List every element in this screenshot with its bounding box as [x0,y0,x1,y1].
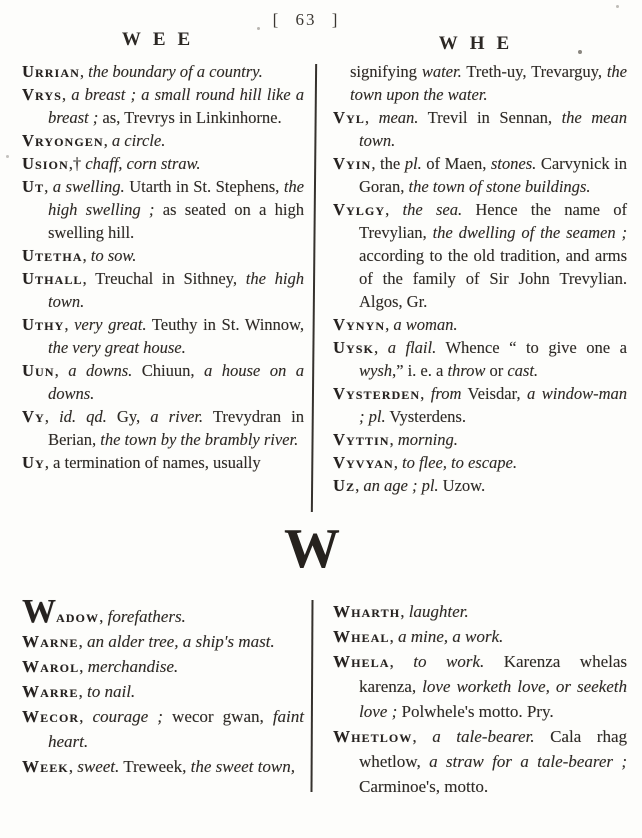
headword: Uz [333,476,355,495]
scan-artifact [6,155,9,158]
entry-text: to flee, to escape. [402,453,517,472]
entry-text: a flail. [388,338,437,357]
headword: Uthy [22,315,64,334]
dictionary-entry: Vynyn, a woman. [333,313,627,336]
entry-text: , [400,602,409,621]
entry-text: very great. [74,315,146,334]
entry-text: , [79,657,88,676]
dictionary-entry: Utetha, to sow. [22,244,304,267]
entry-text: , [69,757,78,776]
headword: Whetlow [333,727,412,746]
entry-text: ,† [69,154,86,173]
headword: Utetha [22,246,83,265]
entry-text: Whence “ to give one a [436,338,627,357]
entry-text: a mine, a work. [398,627,503,646]
entry-text: of Maen, [422,154,491,173]
entry-text: according to the old tradition, and arms… [359,246,627,311]
entry-text: pl. [405,154,422,173]
dictionary-entry: Vyvyan, to flee, to escape. [333,451,627,474]
dictionary-entry: Uthall, Treuchal in Sithney, the high to… [22,267,304,313]
dictionary-entry: Week, sweet. Treweek, the sweet town, [22,754,304,779]
entry-text: to nail. [87,682,135,701]
right-column-header: WHE [332,33,628,55]
entry-text: , [79,682,88,701]
entry-text: wecor gwan, [163,707,273,726]
headword: Uthall [22,269,83,288]
entry-text: a swelling. [53,177,125,196]
entry-text: a circle. [112,131,165,150]
entry-text: throw [447,361,485,380]
entry-text: the very great house. [48,338,186,357]
dictionary-entry: Vylgy, the sea. Hence the name of Trevyl… [333,198,627,313]
entry-text: Teuthy in St. Winnow, [147,315,305,334]
entry-text: , [45,407,59,426]
entry-text: , [394,453,402,472]
entry-text: , [80,62,88,81]
entry-text: stones. [491,154,536,173]
headword: Warne [22,632,79,651]
dictionary-entry: Whela, to work. Karenza whelas karenza, … [333,649,627,724]
entry-text: chaff, corn straw. [85,154,200,173]
entry-text: Gy, [107,407,151,426]
entry-text: Trevil in Sennan, [418,108,561,127]
dictionary-entry: Vy, id. qd. Gy, a river. Trevydran in Be… [22,405,304,451]
dictionary-entry: Ut, a swelling. Utarth in St. Stephens, … [22,175,304,244]
entry-text: , [99,607,108,626]
headword: Vynyn [333,315,385,334]
headword: Vrys [22,85,62,104]
headword: Vyin [333,154,371,173]
headword: Whela [333,652,390,671]
entry-text: , [62,85,71,104]
bottom-left-column: Wadow, forefathers.Warne, an alder tree,… [22,597,304,779]
entry-text: , [420,384,431,403]
dictionary-entry: Whetlow, a tale-bearer. Cala rhag whetlo… [333,724,627,799]
dictionary-entry: Warol, merchandise. [22,654,304,679]
headword: Uun [22,361,55,380]
entry-text: water. [422,62,462,81]
entry-text: the boundary of a country. [88,62,263,81]
headword: Urrian [22,62,80,81]
drop-cap-letter: W [22,593,56,630]
entry-text: to work. [413,652,484,671]
entry-text: wysh [359,361,392,380]
entry-text: merchandise. [88,657,179,676]
entry-text: from [431,384,462,403]
dictionary-entry: Vyin, the pl. of Maen, stones. Carvynick… [333,152,627,198]
entry-text: the town of stone buildings. [408,177,590,196]
entry-text: , Treuchal in Sithney, [83,269,246,288]
dictionary-entry: Urrian, the boundary of a country. [22,60,304,83]
dictionary-entry: Uysk, a flail. Whence “ to give one a wy… [333,336,627,382]
dictionary-entry: Wharth, laughter. [333,599,627,624]
entry-text: Vysterdens. [386,407,466,426]
entry-text: as, Trevrys in Linkinhorne. [98,108,281,127]
dictionary-entry: Uy, a termination of names, usually [22,451,304,474]
left-column-header: WEE [20,29,304,51]
entry-text: a straw for a tale-bearer ; [429,752,627,771]
headword: Wharth [333,602,400,621]
entry-text: , [390,627,399,646]
dictionary-entry: Vyttin, morning. [333,428,627,451]
entry-text: , a termination of names, usually [45,453,261,472]
dictionary-entry: Warre, to nail. [22,679,304,704]
entry-text: to sow. [91,246,137,265]
entry-continuation: signifying water. Treth-uy, Trevarguy, t… [333,60,627,106]
headword: Usion [22,154,69,173]
scan-artifact [578,50,582,54]
entry-text: the dwelling of the seamen ; [433,223,627,242]
entry-text: , [104,131,112,150]
dictionary-entry: Vryongen, a circle. [22,129,304,152]
headword: Vyl [333,108,365,127]
entry-text: a river. [150,407,203,426]
entry-text: signifying [350,62,422,81]
entry-text: cast. [507,361,538,380]
entry-text: , [390,652,414,671]
entry-text: ,” i. e. a [392,361,447,380]
entry-text: forefathers. [108,607,186,626]
entry-text: , [79,707,92,726]
dictionary-entry: Warne, an alder tree, a ship's mast. [22,629,304,654]
entry-text: or [485,361,507,380]
scanned-dictionary-page: [ 63 ] WEE WHE Urrian, the boundary of a… [0,0,642,838]
headword: Wadow [22,607,99,626]
dictionary-entry: Wadow, forefathers. [22,597,304,629]
entry-text: the town by the brambly river. [100,430,298,449]
top-right-column: signifying water. Treth-uy, Trevarguy, t… [333,60,627,497]
column-divider-top [311,64,317,512]
entry-text: , [83,246,91,265]
entry-text: pl. [422,476,439,495]
entry-text: the sweet town, [191,757,295,776]
entry-text: sweet. [77,757,119,776]
entry-text: Treweek, [119,757,190,776]
entry-text: , [390,430,398,449]
entry-text: , the [371,154,404,173]
entry-text: , [385,200,402,219]
entry-text: , [412,727,432,746]
headword: Ut [22,177,44,196]
section-letter-heading: W [0,518,624,580]
dictionary-entry: Uz, an age ; pl. Uzow. [333,474,627,497]
entry-text: mean. [379,108,419,127]
headword: Week [22,757,69,776]
scan-artifact [616,5,619,8]
entry-text: laughter. [409,602,469,621]
dictionary-entry: Uthy, very great. Teuthy in St. Winnow, … [22,313,304,359]
headword: Vyvyan [333,453,394,472]
entry-text: the sea. [403,200,463,219]
entry-text: , [55,361,69,380]
headword: Vyttin [333,430,390,449]
headword: Wecor [22,707,79,726]
entry-text: pl. [369,407,386,426]
dictionary-entry: Vyl, mean. Trevil in Sennan, the mean to… [333,106,627,152]
headword: Vylgy [333,200,385,219]
column-divider-bottom [310,600,313,792]
headword: Warre [22,682,79,701]
page-number: [ 63 ] [0,10,612,30]
entry-text: , [44,177,53,196]
headword: Vysterden [333,384,420,403]
entry-text: Polwhele's motto. Pry. [397,702,553,721]
dictionary-entry: Vysterden, from Veisdar, a window-man ; … [333,382,627,428]
entry-text: Veisdar, [461,384,527,403]
dictionary-entry: Usion,† chaff, corn straw. [22,152,304,175]
entry-text: Uzow. [439,476,486,495]
entry-text: Chiuun, [132,361,204,380]
entry-text: a downs. [68,361,132,380]
entry-text: Utarth in St. Stephens, [125,177,284,196]
headword: Wheal [333,627,390,646]
dictionary-entry: Wecor, courage ; wecor gwan, faint heart… [22,704,304,754]
entry-text: Carminoe's, motto. [359,777,488,796]
entry-text: morning. [398,430,458,449]
entry-text: Treth-uy, Trevarguy, [462,62,607,81]
entry-text: a tale-bearer. [432,727,534,746]
dictionary-entry: Wheal, a mine, a work. [333,624,627,649]
entry-text: an age ; [363,476,417,495]
headword: Uy [22,453,45,472]
headword: Vy [22,407,45,426]
entry-text: , [374,338,388,357]
entry-text: courage ; [93,707,163,726]
entry-text: , [79,632,88,651]
entry-text: id. qd. [59,407,107,426]
headword: Warol [22,657,79,676]
entry-text: an alder tree, a ship's mast. [87,632,275,651]
dictionary-entry: Vrys, a breast ; a small round hill like… [22,83,304,129]
dictionary-entry: Uun, a downs. Chiuun, a house on a downs… [22,359,304,405]
headword: Vryongen [22,131,104,150]
headword: Uysk [333,338,374,357]
entry-text: a woman. [393,315,457,334]
scan-artifact [257,27,260,30]
entry-text: , [365,108,379,127]
entry-text: , [64,315,74,334]
top-left-column: Urrian, the boundary of a country.Vrys, … [22,60,304,474]
bottom-right-column: Wharth, laughter.Wheal, a mine, a work.W… [333,599,627,799]
